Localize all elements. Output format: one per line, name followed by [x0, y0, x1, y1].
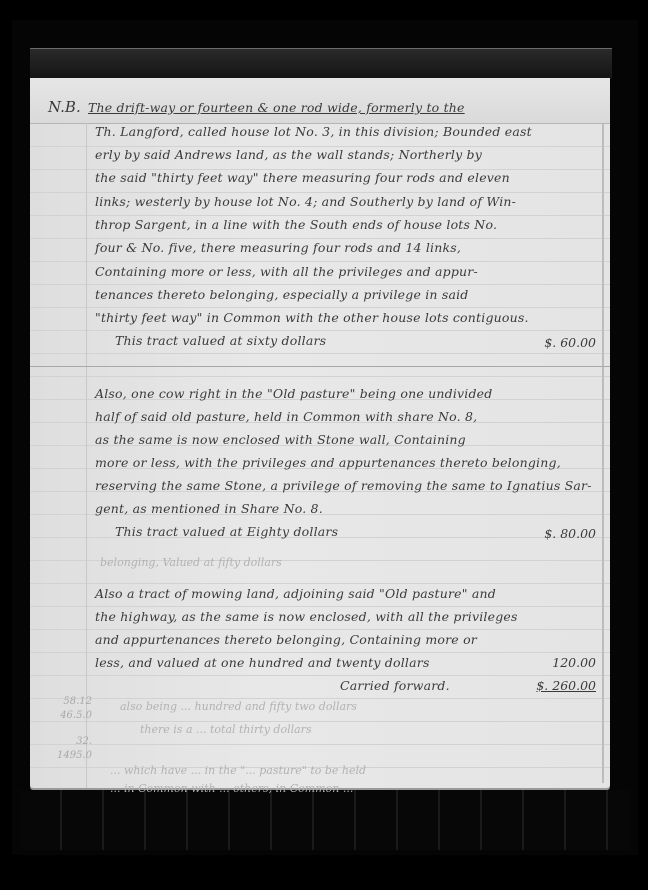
text-line: reserving the same Stone, a privilege of…: [95, 478, 592, 493]
text-line: Th. Langford, called house lot No. 3, in…: [95, 124, 532, 139]
right-margin-rule: [602, 123, 604, 783]
carried-forward-label: Carried forward.: [340, 678, 450, 693]
bleed-through-text: belonging, Valued at fifty dollars: [100, 556, 282, 569]
left-margin-rule: [86, 123, 87, 788]
text-line: and appurtenances thereto belonging, Con…: [95, 632, 477, 647]
document-page: N.B. The drift-way or fourteen & one rod…: [30, 78, 610, 788]
margin-figure: 32.: [52, 736, 92, 747]
scanner-bed-stripes: [20, 790, 630, 850]
text-line: "thirty feet way" in Common with the oth…: [95, 310, 529, 325]
text-line: gent, as mentioned in Share No. 8.: [95, 501, 323, 516]
valuation-line: This tract valued at sixty dollars: [115, 333, 326, 348]
underlying-sheet-edge: [30, 48, 612, 79]
text-line: The drift-way or fourteen & one rod wide…: [88, 100, 465, 115]
margin-figure: 58.12: [52, 696, 92, 707]
carried-forward-amount: $. 260.00: [536, 678, 596, 693]
text-line: half of said old pasture, held in Common…: [95, 409, 477, 424]
bleed-through-text: ... in Common with ... others, in Common…: [110, 782, 353, 795]
text-line: as the same is now enclosed with Stone w…: [95, 432, 466, 447]
bleed-through-text: also being ... hundred and fifty two dol…: [120, 700, 357, 713]
amount-value: $. 80.00: [544, 526, 596, 541]
section-divider: [30, 366, 610, 367]
inline-amount: 120.00: [552, 655, 596, 670]
text-line: tenances thereto belonging, especially a…: [95, 287, 469, 302]
text-line: Also a tract of mowing land, adjoining s…: [95, 586, 496, 601]
valuation-line: This tract valued at Eighty dollars: [115, 524, 338, 539]
text-line: Containing more or less, with all the pr…: [95, 264, 478, 279]
text-line: the highway, as the same is now enclosed…: [95, 609, 518, 624]
text-line: the said "thirty feet way" there measuri…: [95, 170, 510, 185]
amount-value: $. 60.00: [544, 335, 596, 350]
text-line: links; westerly by house lot No. 4; and …: [95, 194, 516, 209]
bleed-through-text: ... which have ... in the "... pasture" …: [110, 764, 366, 777]
text-line: throp Sargent, in a line with the South …: [95, 217, 497, 232]
text-line: more or less, with the privileges and ap…: [95, 455, 561, 470]
text-line: less, and valued at one hundred and twen…: [95, 655, 430, 670]
margin-figure: 46.5.0: [52, 710, 92, 721]
bleed-through-text: there is a ... total thirty dollars: [140, 723, 312, 736]
text-line: erly by said Andrews land, as the wall s…: [95, 147, 482, 162]
text-line: Also, one cow right in the "Old pasture"…: [95, 386, 493, 401]
margin-figure: 1495.0: [52, 750, 92, 761]
text-line: four & No. five, there measuring four ro…: [95, 240, 461, 255]
marginal-note: N.B.: [48, 98, 81, 116]
